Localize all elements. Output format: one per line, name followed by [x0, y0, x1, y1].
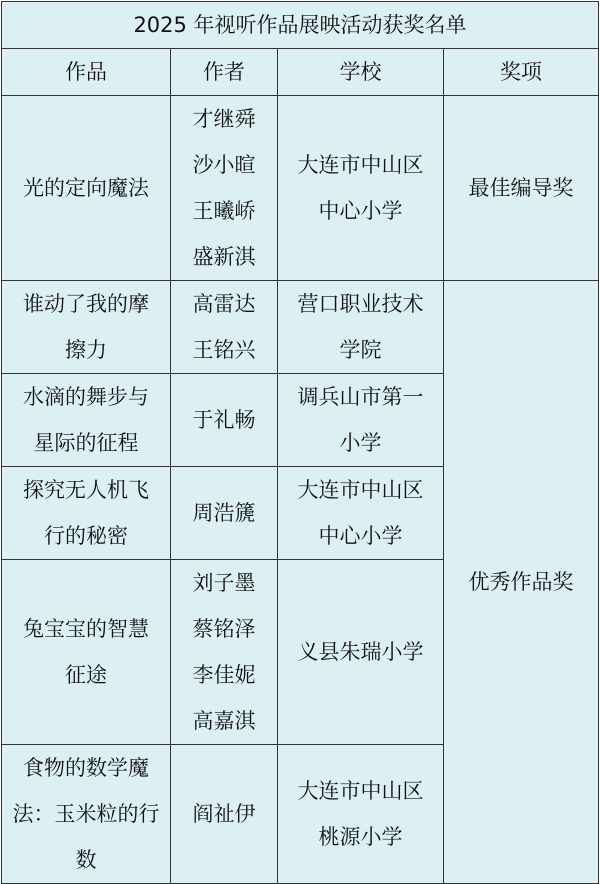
school-cell-line: 大连市中山区 [282, 768, 439, 814]
author-cell-line: 高嘉淇 [175, 698, 273, 744]
author-cell-line: 刘子墨 [175, 560, 273, 606]
work-cell: 兔宝宝的智慧征途 [2, 560, 171, 745]
school-cell-line: 桃源小学 [282, 814, 439, 860]
work-cell-line: 法：玉米粒的行 [6, 791, 166, 837]
author-cell-line: 王曦峤 [175, 188, 273, 234]
work-cell: 探究无人机飞行的秘密 [2, 467, 171, 560]
award-cell: 优秀作品奖 [444, 281, 599, 875]
work-cell-line: 光的定向魔法 [6, 165, 166, 211]
work-cell-line: 探究无人机飞 [6, 467, 166, 513]
header-award: 奖项 [444, 49, 599, 96]
work-cell-line: 数 [6, 837, 166, 874]
author-cell: 阎祉伊 [171, 745, 278, 875]
school-cell-line: 调兵山市第一 [282, 374, 439, 420]
author-cell: 于礼畅 [171, 374, 278, 467]
school-cell: 营口职业技术学院 [278, 281, 444, 374]
school-cell-line: 中心小学 [282, 188, 439, 234]
author-cell: 周浩篪 [171, 467, 278, 560]
work-cell-line: 食物的数学魔 [6, 745, 166, 791]
author-cell: 刘子墨蔡铭泽李佳妮高嘉淇 [171, 560, 278, 745]
author-cell: 高雷达王铭兴 [171, 281, 278, 374]
author-cell-line: 蔡铭泽 [175, 606, 273, 652]
school-cell-line: 大连市中山区 [282, 467, 439, 513]
work-cell-line: 星际的征程 [6, 420, 166, 466]
school-cell-line: 营口职业技术 [282, 281, 439, 327]
award-cell: 最佳编导奖 [444, 96, 599, 281]
author-cell-line: 周浩篪 [175, 490, 273, 536]
school-cell-line: 学院 [282, 327, 439, 373]
table-row: 光的定向魔法才继舜沙小暄王曦峤盛新淇大连市中山区中心小学最佳编导奖 [2, 96, 599, 281]
school-cell: 大连市中山区中心小学 [278, 467, 444, 560]
work-cell-line: 行的秘密 [6, 513, 166, 559]
school-cell: 义县朱瑞小学 [278, 560, 444, 745]
author-cell: 才继舜沙小暄王曦峤盛新淇 [171, 96, 278, 281]
header-row: 作品 作者 学校 奖项 [2, 49, 599, 96]
work-cell-line: 水滴的舞步与 [6, 374, 166, 420]
school-cell-line: 中心小学 [282, 513, 439, 559]
work-cell: 谁动了我的摩擦力 [2, 281, 171, 374]
table-title: 2025 年视听作品展映活动获奖名单 [2, 2, 599, 49]
header-school: 学校 [278, 49, 444, 96]
work-cell-line: 擦力 [6, 327, 166, 373]
work-cell: 光的定向魔法 [2, 96, 171, 281]
school-cell-line: 义县朱瑞小学 [282, 629, 439, 675]
author-cell-line: 盛新淇 [175, 234, 273, 280]
award-list-table: 2025 年视听作品展映活动获奖名单 作品 作者 学校 奖项 光的定向魔法才继舜… [1, 1, 599, 874]
author-cell-line: 王铭兴 [175, 327, 273, 373]
table-row: 谁动了我的摩擦力高雷达王铭兴营口职业技术学院优秀作品奖 [2, 281, 599, 374]
work-cell-line: 征途 [6, 652, 166, 698]
author-cell-line: 阎祉伊 [175, 791, 273, 837]
work-cell-line: 谁动了我的摩 [6, 281, 166, 327]
header-author: 作者 [171, 49, 278, 96]
school-cell-line: 大连市中山区 [282, 142, 439, 188]
work-cell: 水滴的舞步与星际的征程 [2, 374, 171, 467]
school-cell: 大连市中山区桃源小学 [278, 745, 444, 875]
title-row: 2025 年视听作品展映活动获奖名单 [2, 2, 599, 49]
author-cell-line: 沙小暄 [175, 142, 273, 188]
author-cell-line: 高雷达 [175, 281, 273, 327]
author-cell-line: 才继舜 [175, 96, 273, 142]
author-cell-line: 李佳妮 [175, 652, 273, 698]
school-cell: 调兵山市第一小学 [278, 374, 444, 467]
school-cell-line: 小学 [282, 420, 439, 466]
author-cell-line: 于礼畅 [175, 397, 273, 443]
work-cell: 食物的数学魔法：玉米粒的行数 [2, 745, 171, 875]
work-cell-line: 兔宝宝的智慧 [6, 606, 166, 652]
header-work: 作品 [2, 49, 171, 96]
school-cell: 大连市中山区中心小学 [278, 96, 444, 281]
